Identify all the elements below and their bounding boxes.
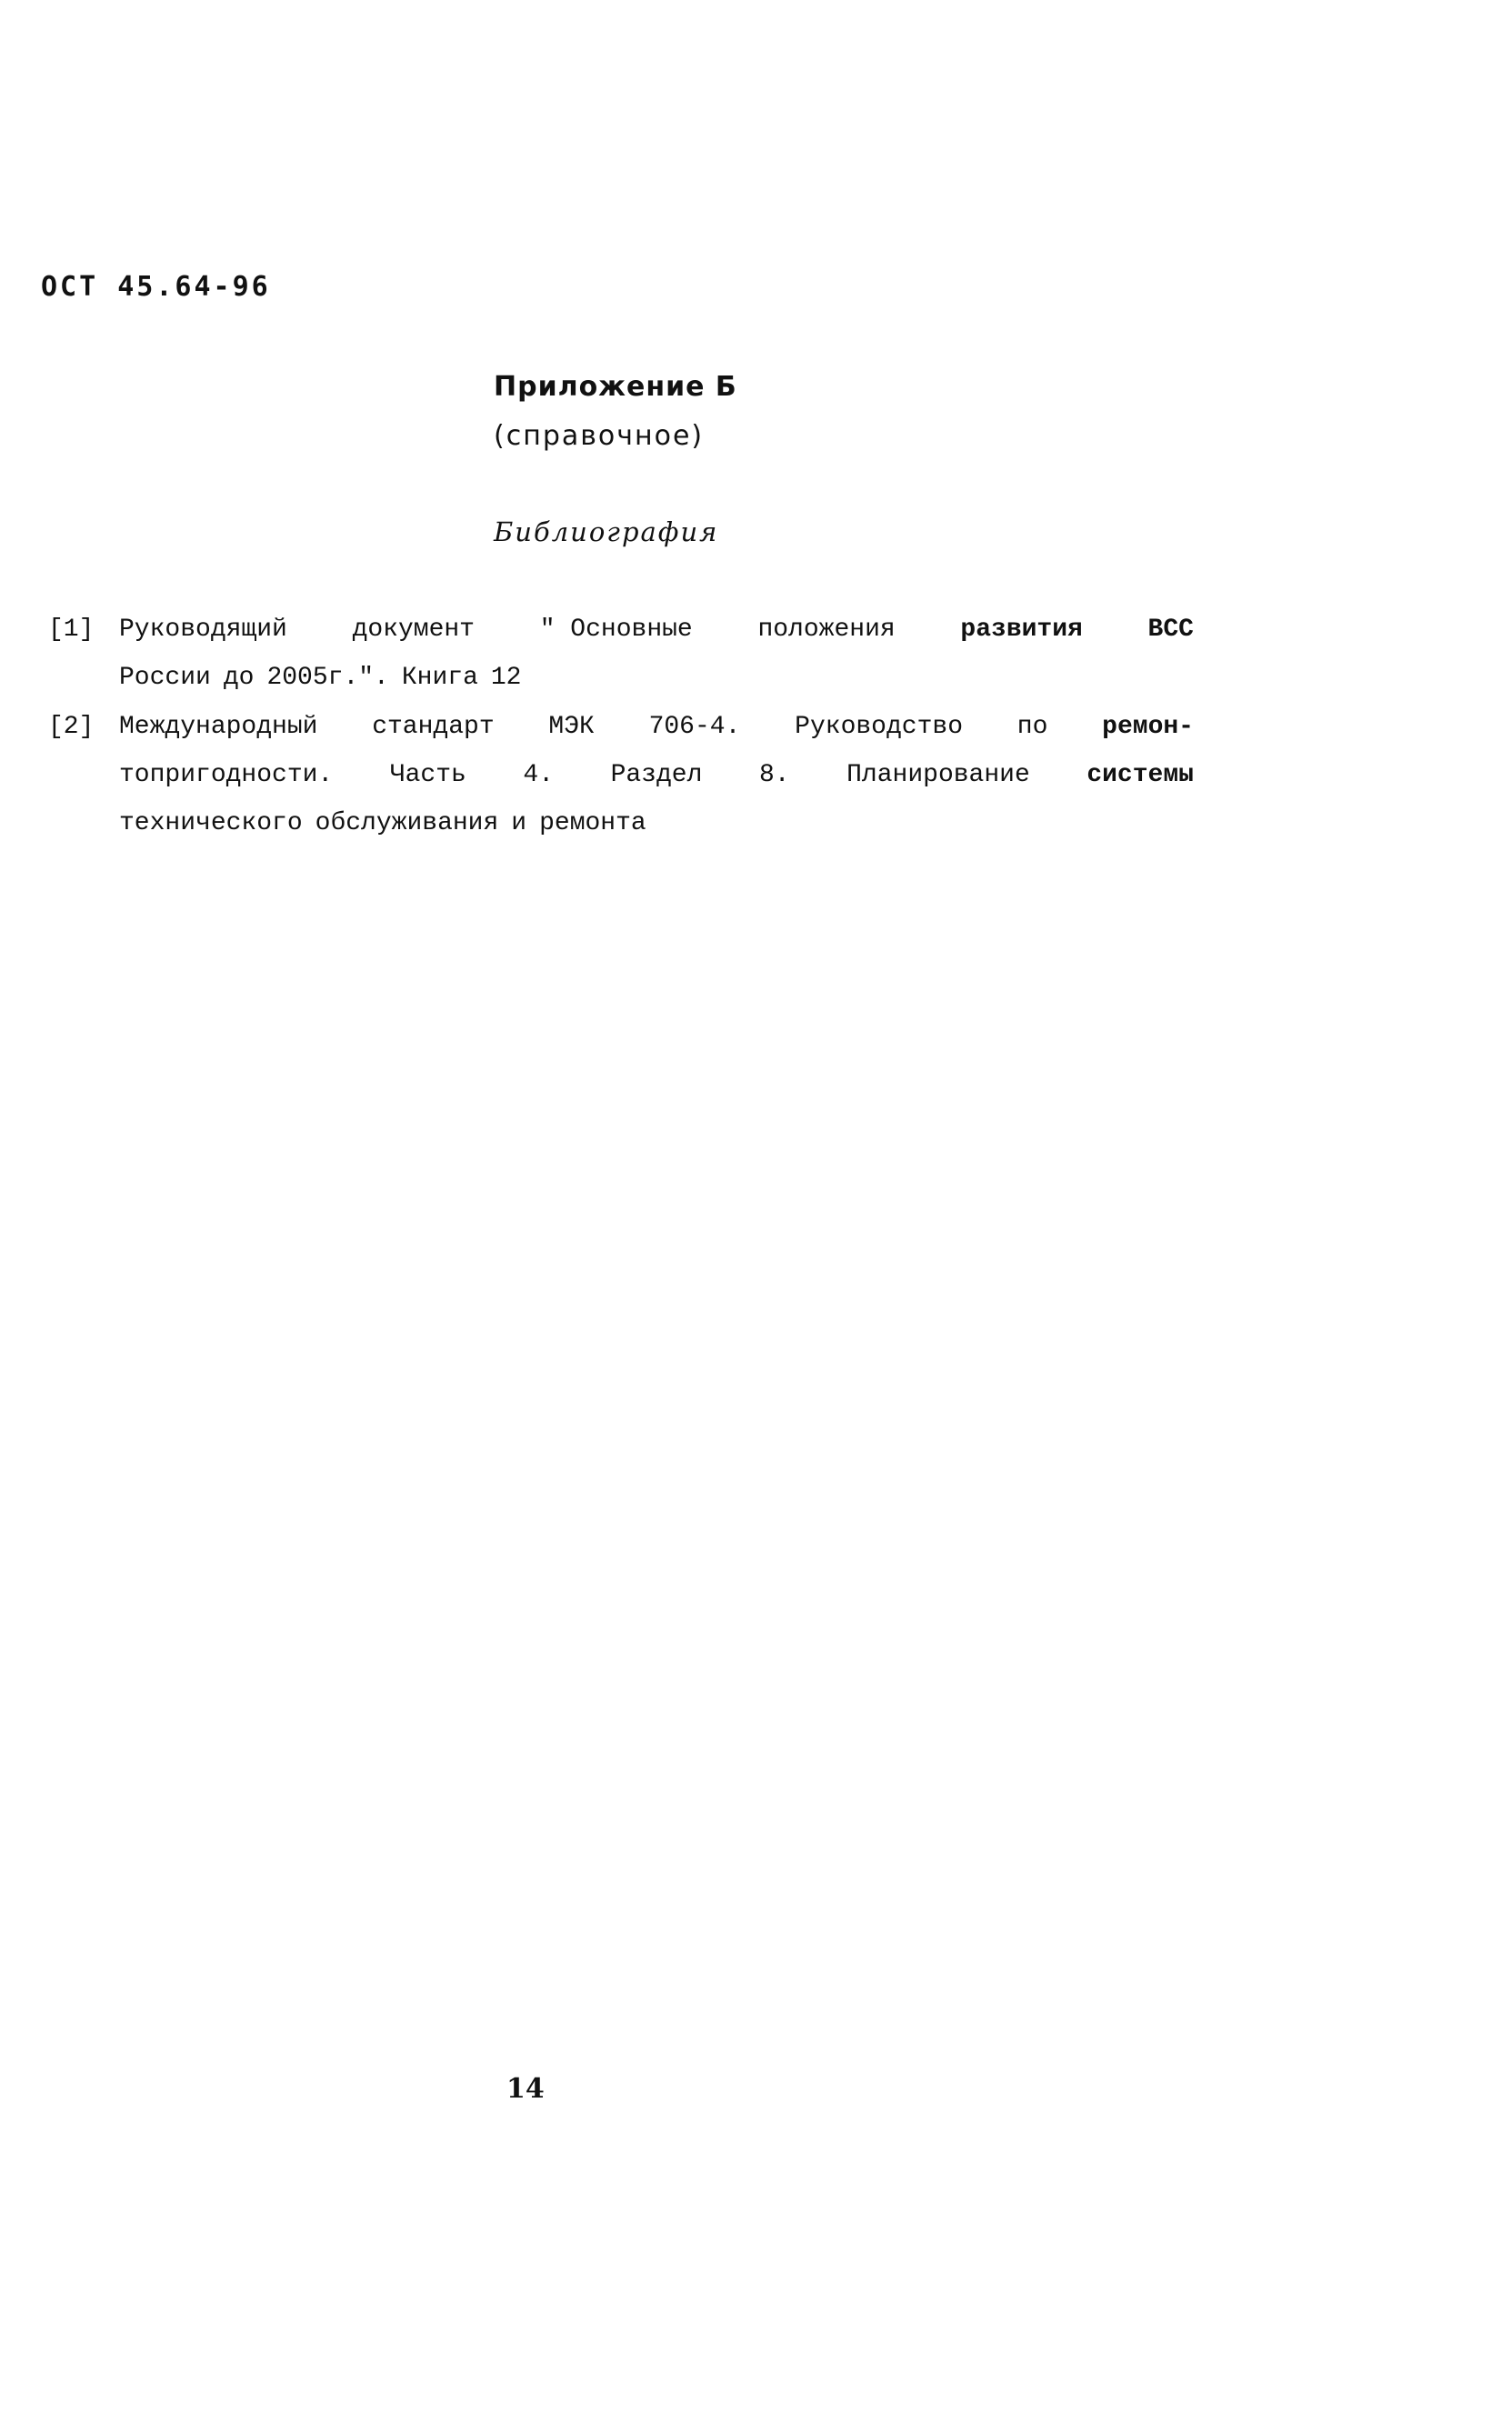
reference-item: [2] Международный стандарт МЭК 706-4. Ру… [48,703,1194,847]
word: и [511,799,526,847]
word: Руководство [795,703,963,751]
appendix-title: Приложение Б [494,371,737,403]
word: технического [119,799,303,847]
word: по [1017,703,1048,751]
word: 4. [523,751,554,799]
word: МЭК [548,703,594,751]
reference-line: России до 2005г.". Книга 12 [119,654,1194,702]
word: стандарт [372,703,494,751]
word: системы [1086,751,1194,799]
page-number: 14 [506,2073,545,2105]
word: развития [960,606,1082,654]
reference-line: топригодности. Часть 4. Раздел 8. Планир… [119,751,1194,799]
reference-line: Руководящий документ " Основные положени… [119,606,1194,654]
word: 8. [759,751,790,799]
word: Раздел [611,751,703,799]
word: Планирование [846,751,1030,799]
word: ВСС [1148,606,1194,654]
word: топригодности. [119,751,333,799]
reference-line: технического обслуживания и ремонта [119,799,1194,847]
word: 12 [491,654,522,702]
word: положения [757,606,895,654]
word: России [119,654,211,702]
appendix-kind: (справочное) [494,420,704,452]
word: 706-4. [649,703,741,751]
word: Руководящий [119,606,287,654]
word: ремонта [539,799,646,847]
reference-line: Международный стандарт МЭК 706-4. Руково… [119,703,1194,751]
word: " Основные [540,606,693,654]
reference-item: [1] Руководящий документ " Основные поло… [48,606,1194,702]
document-code: ОСТ 45.64-96 [41,271,271,303]
word: Часть [390,751,466,799]
word: Международный [119,703,317,751]
word: обслуживания [315,799,499,847]
word: Книга [402,654,478,702]
word: 2005г.". [266,654,388,702]
reference-number: [1] [48,606,94,654]
reference-number: [2] [48,703,94,751]
word: до [224,654,255,702]
word: ремон- [1102,703,1194,751]
word: документ [353,606,475,654]
section-heading: Библиография [494,516,718,547]
